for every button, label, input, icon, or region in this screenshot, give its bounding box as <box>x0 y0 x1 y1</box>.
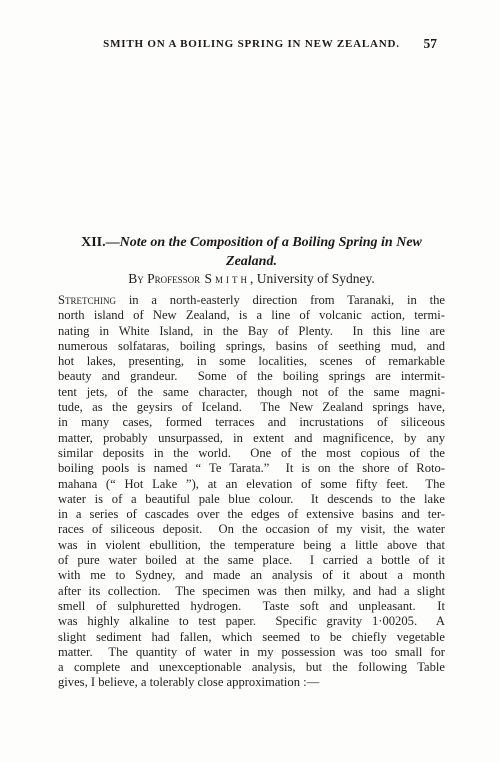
running-title: SMITH ON A BOILING SPRING IN NEW ZEALAND… <box>103 38 400 50</box>
body-line: similar deposits in the world. One of th… <box>58 446 445 461</box>
article-title-line1: XII.—Note on the Composition of a Boilin… <box>48 233 455 252</box>
body-line: matter. The quantity of water in my poss… <box>58 645 445 660</box>
body-line: of pure water boiled at the same place. … <box>58 553 445 568</box>
byline: By Professor Smith, University of Sydney… <box>58 271 445 287</box>
body-line: smell of sulphuretted hydrogen. Taste so… <box>58 599 445 614</box>
article-title-text: Note on the Composition of a Boiling Spr… <box>120 235 422 250</box>
body-line: matter, probably unsurpassed, in extent … <box>58 431 445 446</box>
body-line: with me to Sydney, and made an analysis … <box>58 568 445 583</box>
body-line: north island of New Zealand, is a line o… <box>58 308 445 323</box>
page-number: 57 <box>424 36 438 52</box>
body-line: in many cases, formed terraces and incru… <box>58 415 445 430</box>
body-line: boiling pools is named “ Te Tarata.” It … <box>58 461 445 476</box>
body-line: in a series of cascades over the edges o… <box>58 507 445 522</box>
body-line: water is of a beautiful pale blue colour… <box>58 492 445 507</box>
body-line: hot lakes, presenting, in some localitie… <box>58 354 445 369</box>
body-paragraph: Stretching in a north-easterly direction… <box>58 293 445 691</box>
body-line: numerous solfataras, boiling springs, ba… <box>58 339 445 354</box>
article-title-line2: Zealand. <box>48 252 455 271</box>
body-first-line-rest: in a north-easterly direction from Taran… <box>129 293 445 307</box>
body-line: tent jets, of the same character, though… <box>58 385 445 400</box>
byline-prefix: By Professor <box>128 271 200 286</box>
byline-author: Smith <box>205 271 251 286</box>
body-line: tude, as the geysirs of Iceland. The New… <box>58 400 445 415</box>
scanned-journal-page: SMITH ON A BOILING SPRING IN NEW ZEALAND… <box>0 0 500 762</box>
body-line: a complete and unexceptionable analysis,… <box>58 660 445 675</box>
body-line: nating in White Island, in the Bay of Pl… <box>58 324 445 339</box>
body-line-last: gives, I believe, a tolerably close appr… <box>58 675 445 690</box>
byline-suffix: , University of Sydney. <box>250 271 375 286</box>
body-line: beauty and grandeur. Some of the boiling… <box>58 369 445 384</box>
body-line: mahana (“ Hot Lake ”), at an elevation o… <box>58 477 445 492</box>
body-line: slight sediment had fallen, which seemed… <box>58 630 445 645</box>
running-header: SMITH ON A BOILING SPRING IN NEW ZEALAND… <box>58 38 445 50</box>
body-line: was highly alkaline to test paper. Speci… <box>58 614 445 629</box>
body-first-word: Stretching <box>58 293 116 307</box>
body-line-first: Stretching in a north-easterly direction… <box>58 293 445 308</box>
body-line: was in violent ebullition, the temperatu… <box>58 538 445 553</box>
body-line: after its collection. The specimen was t… <box>58 584 445 599</box>
body-lines: north island of New Zealand, is a line o… <box>58 308 445 675</box>
article-title: XII.—Note on the Composition of a Boilin… <box>48 233 455 271</box>
article-number: XII.— <box>81 235 120 250</box>
body-line: races of siliceous deposit. On the occas… <box>58 522 445 537</box>
